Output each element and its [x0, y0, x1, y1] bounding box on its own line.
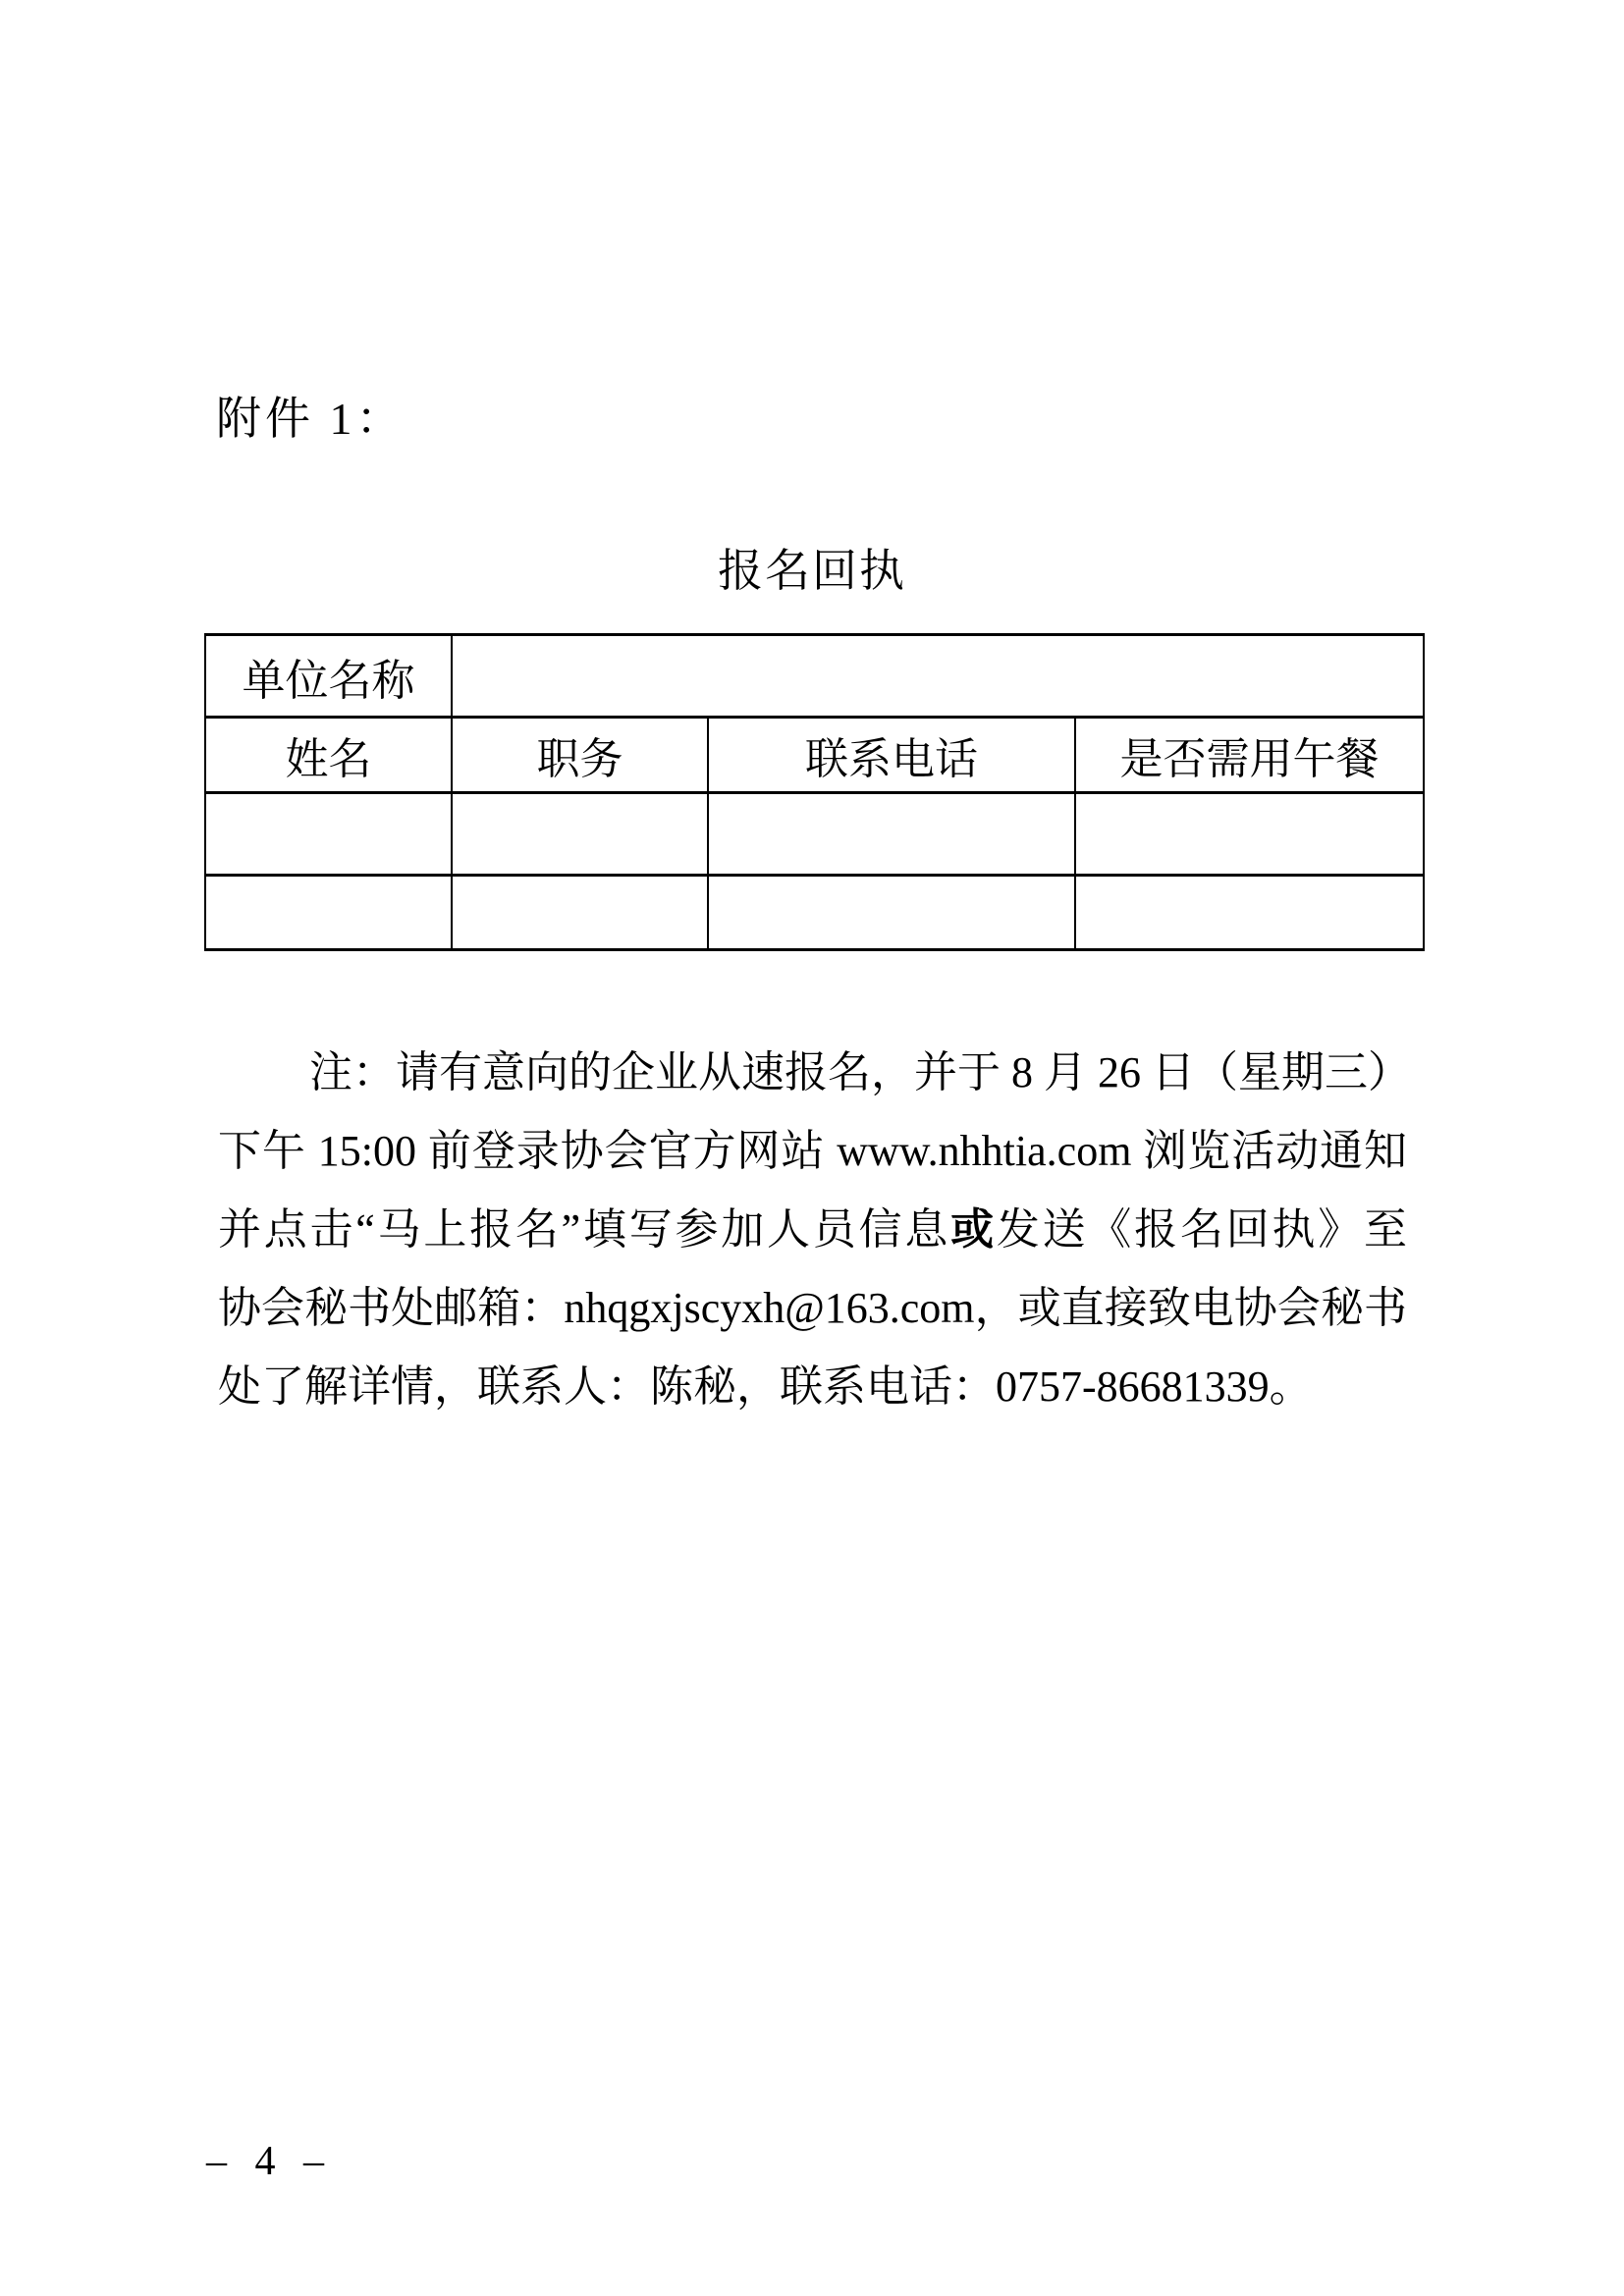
- note-line: 协会秘书处邮箱：nhqgxjscyxh@163.com，或直接致电协会秘书: [218, 1269, 1407, 1348]
- column-header-lunch: 是否需用午餐: [1075, 718, 1424, 793]
- note-text: 注：请有意向的企业从速报名，并于 8 月 26 日（星期三）: [309, 1048, 1411, 1096]
- table-header-row: 姓名 职务 联系电话 是否需用午餐: [205, 718, 1424, 793]
- empty-cell: [708, 876, 1075, 950]
- column-header-name: 姓名: [205, 718, 452, 793]
- empty-cell: [708, 793, 1075, 876]
- empty-cell: [205, 876, 452, 950]
- empty-cell: [1075, 793, 1424, 876]
- note-text: 协会秘书处邮箱：nhqgxjscyxh@163.com，或直接致电协会秘书: [218, 1284, 1407, 1332]
- table-row-unit-name: 单位名称: [205, 635, 1424, 718]
- note-text: 发送《报名回执》至: [997, 1205, 1407, 1254]
- note-line: 注：请有意向的企业从速报名，并于 8 月 26 日（星期三）: [218, 1034, 1407, 1112]
- note-text: 处了解详情，联系人：陈秘，联系电话：0757-86681339。: [218, 1362, 1313, 1411]
- note-text: 下午 15:00 前登录协会官方网站 www.nhhtia.com 浏览活动通知: [218, 1127, 1407, 1175]
- column-header-position: 职务: [452, 718, 708, 793]
- note-line: 并点击“马上报名”填写参加人员信息或发送《报名回执》至: [218, 1191, 1407, 1269]
- note-paragraph: 注：请有意向的企业从速报名，并于 8 月 26 日（星期三）下午 15:00 前…: [218, 1034, 1407, 1426]
- page-number: – 4 –: [206, 2138, 326, 2185]
- empty-cell: [452, 876, 708, 950]
- empty-cell: [1075, 876, 1424, 950]
- note-line: 下午 15:00 前登录协会官方网站 www.nhhtia.com 浏览活动通知: [218, 1112, 1407, 1191]
- note-bold-text: 或: [950, 1205, 997, 1254]
- empty-cell: [205, 793, 452, 876]
- table-row: [205, 793, 1424, 876]
- column-header-phone: 联系电话: [708, 718, 1075, 793]
- note-text: 并点击“马上报名”填写参加人员信息: [218, 1205, 950, 1254]
- unit-name-label: 单位名称: [205, 635, 452, 718]
- table-row: [205, 876, 1424, 950]
- note-line: 处了解详情，联系人：陈秘，联系电话：0757-86681339。: [218, 1348, 1407, 1426]
- unit-name-value-cell: [452, 635, 1424, 718]
- registration-table: 单位名称 姓名 职务 联系电话 是否需用午餐: [204, 633, 1425, 951]
- document-page: 附件 1： 报名回执 单位名称 姓名 职务 联系电话 是否需用午餐: [0, 0, 1624, 2296]
- empty-cell: [452, 793, 708, 876]
- form-title: 报名回执: [0, 535, 1624, 600]
- attachment-label: 附件 1：: [216, 383, 406, 448]
